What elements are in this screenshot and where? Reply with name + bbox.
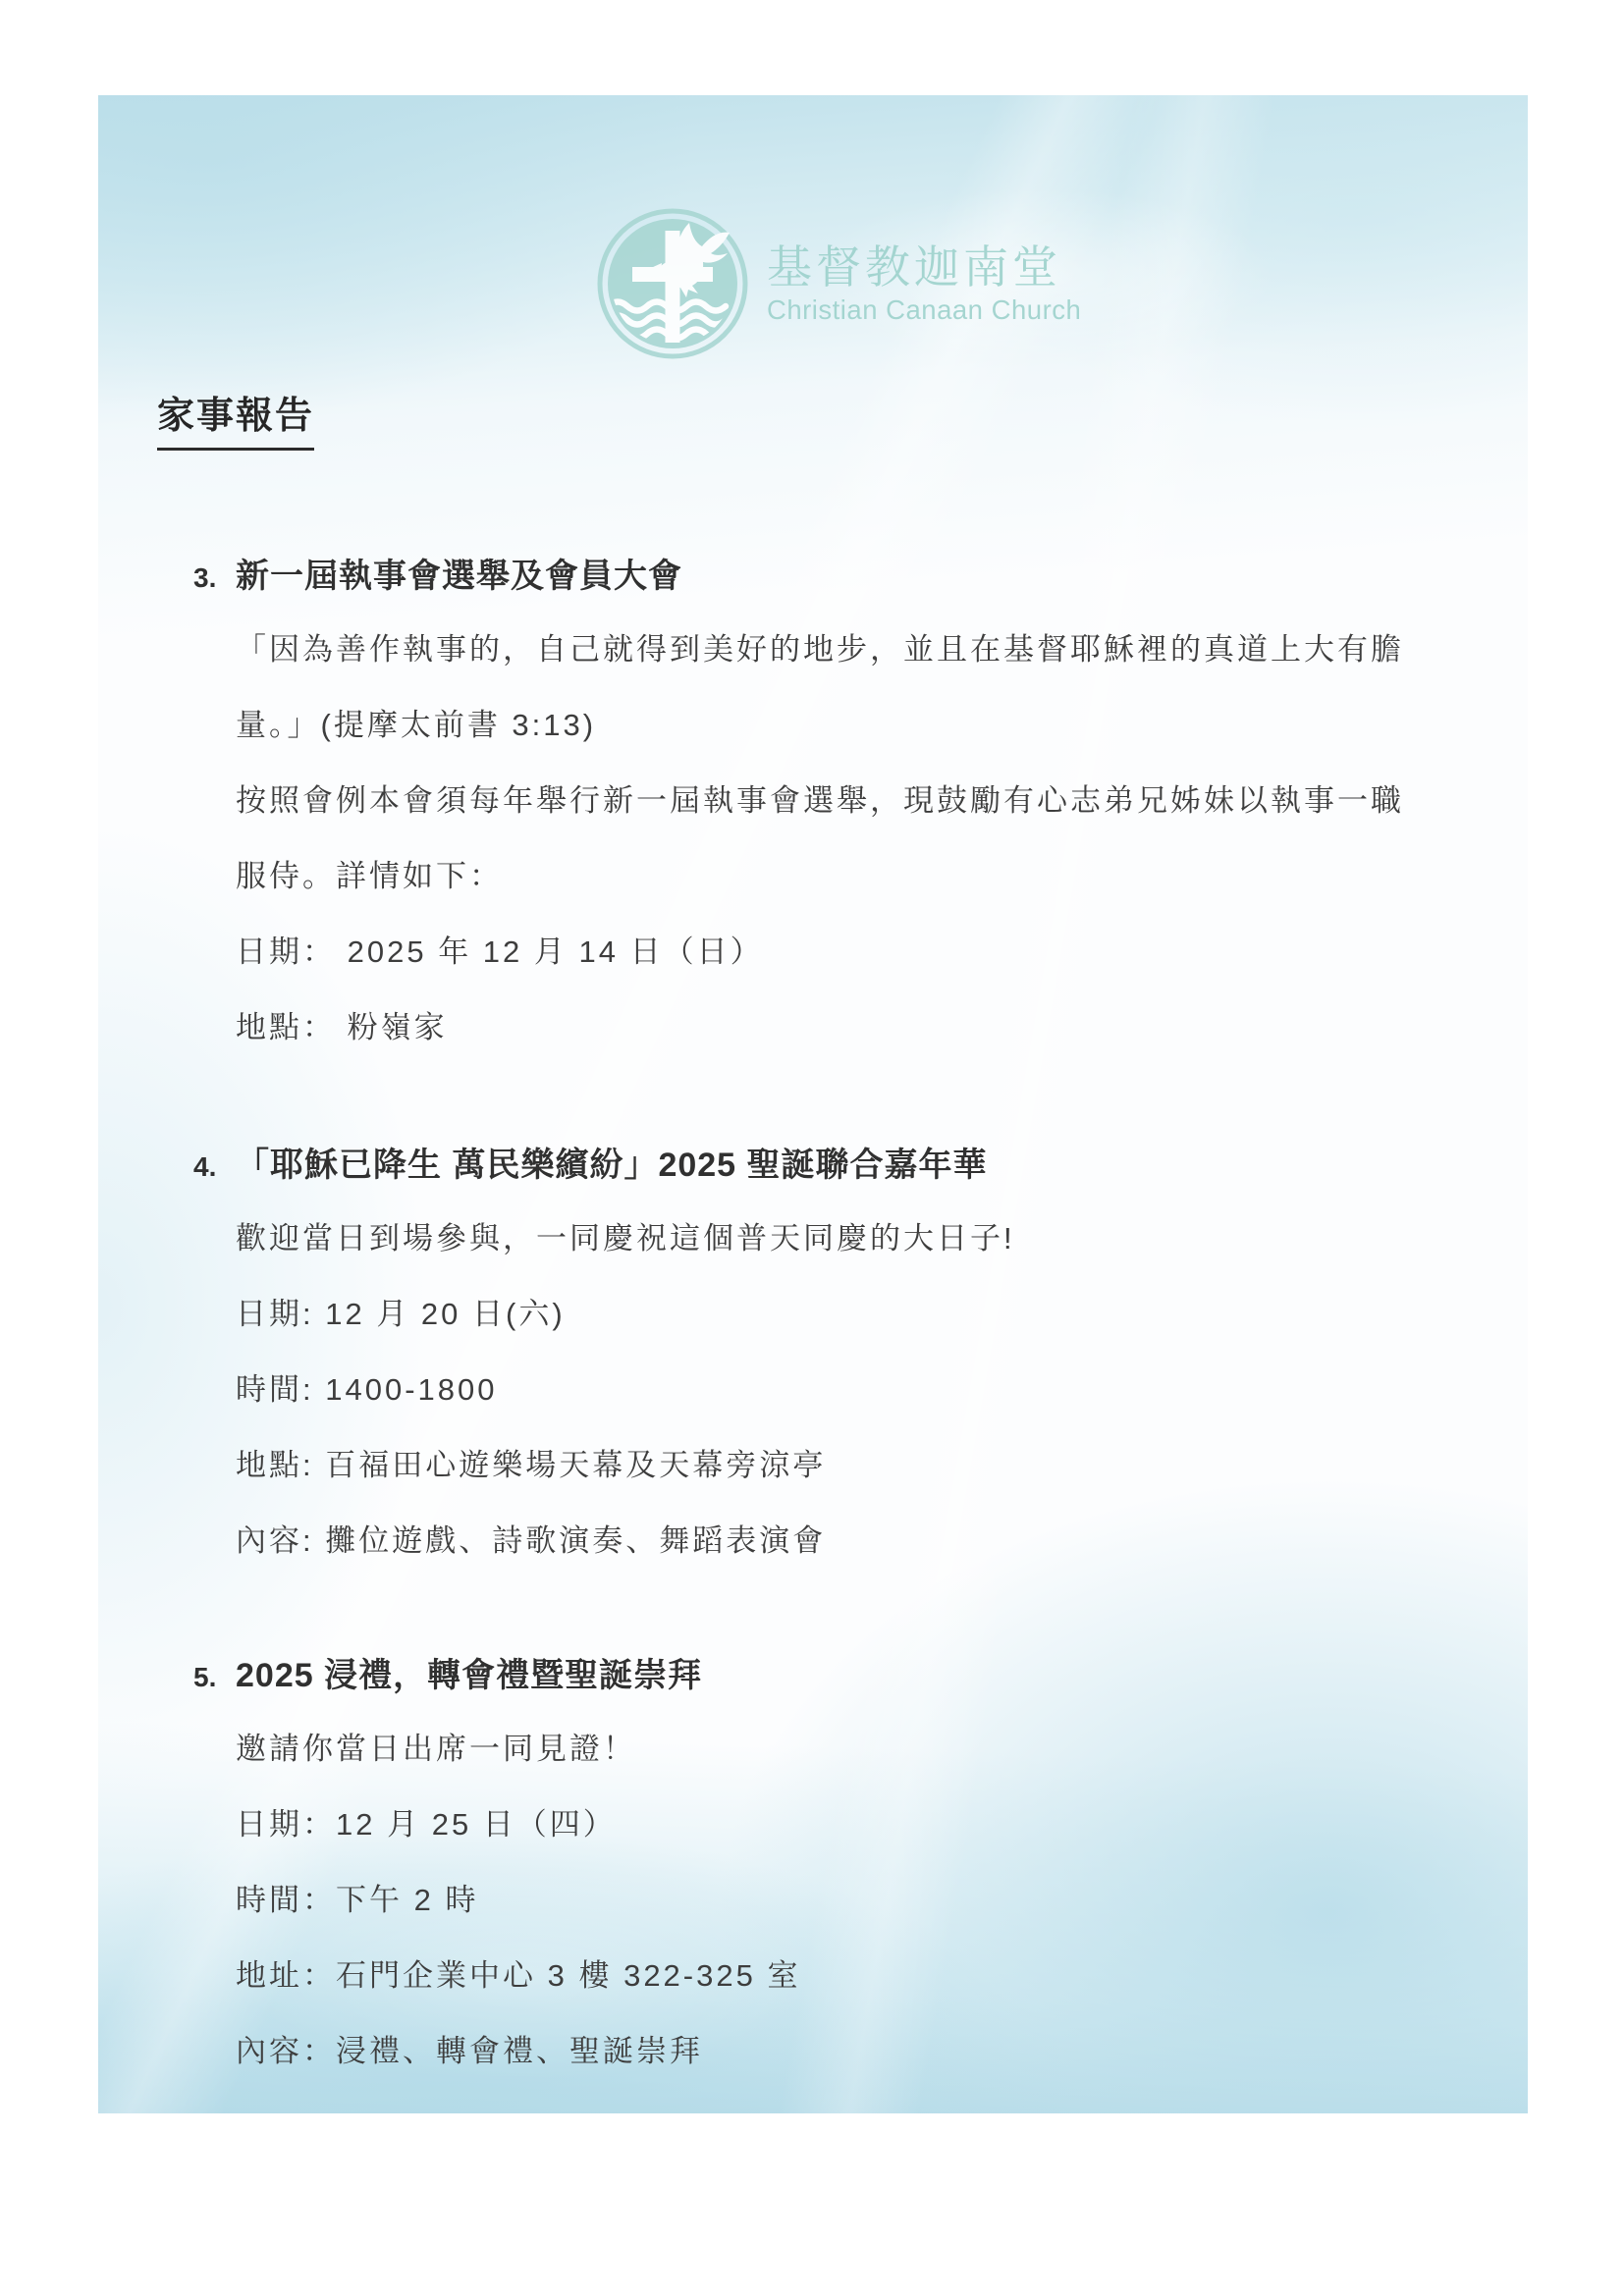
page-title: 家事報告 bbox=[157, 385, 314, 451]
item-4-heading: 4. 「耶穌已降生 萬民樂繽紛」2025 聖誕聯合嘉年華 bbox=[193, 1138, 988, 1186]
item-3-heading: 3. 新一屆執事會選舉及會員大會 bbox=[193, 549, 682, 597]
item-5-line-2: 日期：12 月 25 日（四） bbox=[236, 1805, 617, 1844]
item-4-line-3: 時間: 1400-1800 bbox=[236, 1370, 497, 1410]
item-4-line-5: 內容: 攤位遊戲、詩歌演奏、舞蹈表演會 bbox=[236, 1522, 826, 1561]
item-4-line-2: 日期: 12 月 20 日(六) bbox=[236, 1295, 566, 1334]
item-4-number: 4. bbox=[193, 1151, 236, 1183]
item-4-title: 「耶穌已降生 萬民樂繽紛」2025 聖誕聯合嘉年華 bbox=[236, 1138, 988, 1186]
item-5-line-3: 時間：下午 2 時 bbox=[236, 1881, 478, 1920]
item-5-line-5: 內容：浸禮、轉會禮、聖誕崇拜 bbox=[236, 2032, 703, 2071]
item-3-number: 3. bbox=[193, 562, 236, 594]
item-5-heading: 5. 2025 浸禮，轉會禮暨聖誕崇拜 bbox=[193, 1648, 702, 1696]
church-name-en: Christian Canaan Church bbox=[767, 294, 1081, 326]
item-5-line-1: 邀請你當日出席一同見證！ bbox=[236, 1730, 636, 1769]
item-4-line-4: 地點: 百福田心遊樂場天幕及天幕旁涼亭 bbox=[236, 1446, 826, 1485]
church-name-zh: 基督教迦南堂 bbox=[767, 241, 1081, 294]
item-5-line-4: 地址：石門企業中心 3 樓 322-325 室 bbox=[236, 1956, 800, 1996]
item-5-number: 5. bbox=[193, 1662, 236, 1693]
document-page: 基督教迦南堂 Christian Canaan Church 家事報告 3. 新… bbox=[0, 0, 1624, 2296]
item-3-line-2: 量。」(提摩太前書 3:13) bbox=[236, 706, 596, 745]
church-logo-text: 基督教迦南堂 Christian Canaan Church bbox=[767, 241, 1081, 326]
item-3-line-6: 地點： 粉嶺家 bbox=[236, 1008, 448, 1047]
item-3-line-3: 按照會例本會須每年舉行新一屆執事會選舉，現鼓勵有心志弟兄姊妹以執事一職 bbox=[236, 781, 1404, 821]
item-3-line-1: 「因為善作執事的，自己就得到美好的地步，並且在基督耶穌裡的真道上大有膽 bbox=[236, 630, 1404, 669]
church-cross-dove-icon bbox=[594, 205, 751, 362]
church-logo: 基督教迦南堂 Christian Canaan Church bbox=[594, 205, 1081, 362]
bulletin-paper: 基督教迦南堂 Christian Canaan Church 家事報告 3. 新… bbox=[98, 95, 1528, 2113]
item-3-line-5: 日期： 2025 年 12 月 14 日（日） bbox=[236, 933, 764, 972]
item-5-title: 2025 浸禮，轉會禮暨聖誕崇拜 bbox=[236, 1648, 702, 1696]
item-3-title: 新一屆執事會選舉及會員大會 bbox=[236, 549, 682, 597]
item-4-line-1: 歡迎當日到場參與，一同慶祝這個普天同慶的大日子! bbox=[236, 1219, 1015, 1258]
item-3-line-4: 服侍。詳情如下： bbox=[236, 857, 503, 896]
